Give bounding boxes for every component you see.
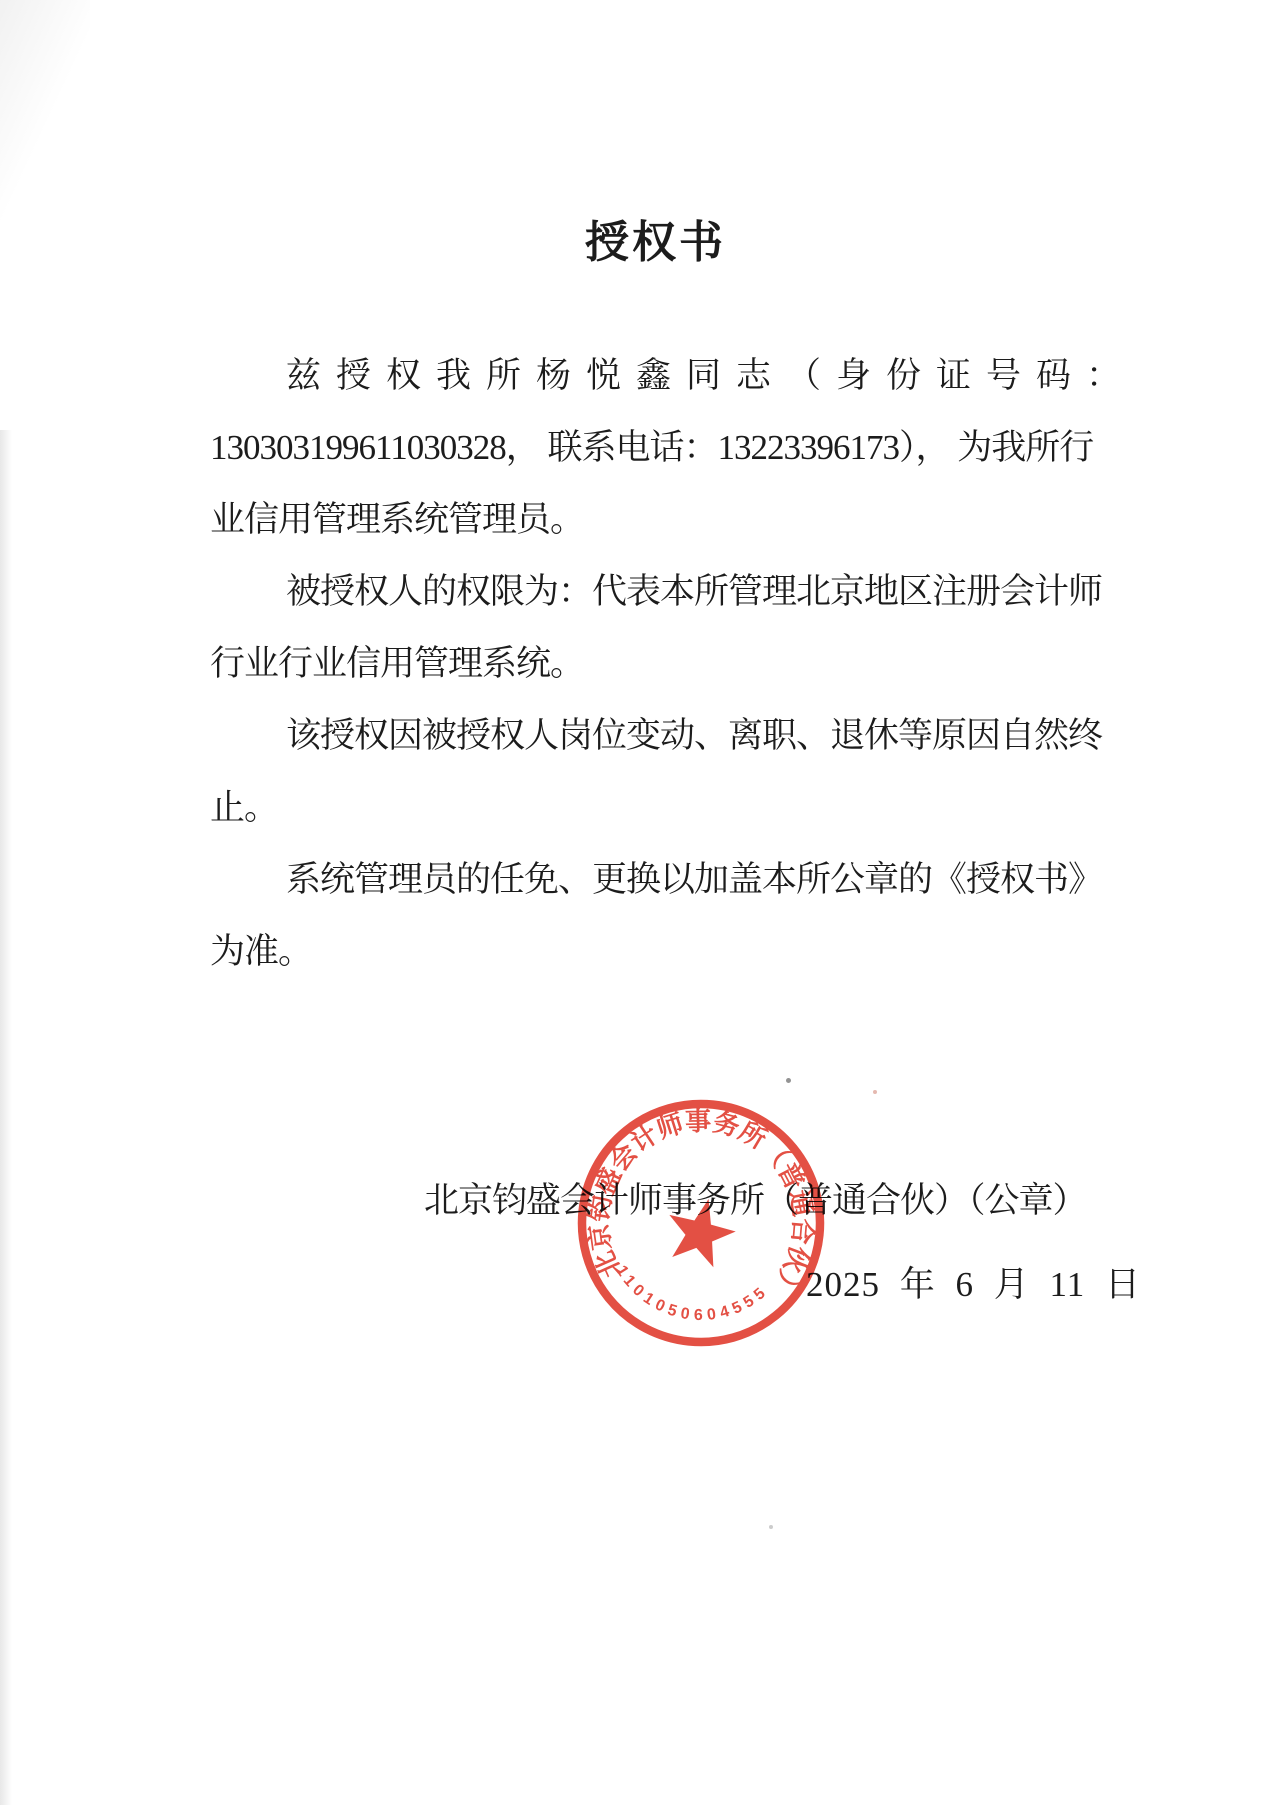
company-seal: 北京钧盛会计师事务所（普通合伙） 1101050604555 [557,1079,845,1367]
document-title: 授权书 [585,206,726,270]
paragraph-line: 止。 [210,772,1100,844]
paragraph-line: 130303199611030328， 联系电话：13223396173）， 为… [210,412,1100,484]
paragraph-line: 系统管理员的任免、更换以加盖本所公章的《授权书》 [210,844,1100,916]
paragraph-line: 为准。 [210,916,1100,988]
signature-date: 2025 年 6 月 11 日 [806,1249,1141,1321]
paragraph-line: 行业行业信用管理系统。 [210,628,1100,700]
scan-speck [769,1525,773,1529]
paragraph-line: 该授权因被授权人岗位变动、离职、退休等原因自然终 [210,700,1100,772]
scan-speck [873,1090,877,1094]
paragraph-line: 业信用管理系统管理员。 [210,484,1100,556]
paragraph-line: 被授权人的权限为：代表本所管理北京地区注册会计师 [210,556,1100,628]
authorization-letter-page: 授权书 兹授权我所杨悦鑫同志（身份证号码： 130303199611030328… [0,0,1279,1805]
document-body: 兹授权我所杨悦鑫同志（身份证号码： 130303199611030328， 联系… [210,340,1100,988]
scan-edge-artifact [0,0,90,220]
paragraph-line: 兹授权我所杨悦鑫同志（身份证号码： [210,340,1100,412]
scan-speck [786,1078,791,1083]
scan-edge-artifact [0,430,12,1805]
red-star-icon [660,1191,742,1271]
